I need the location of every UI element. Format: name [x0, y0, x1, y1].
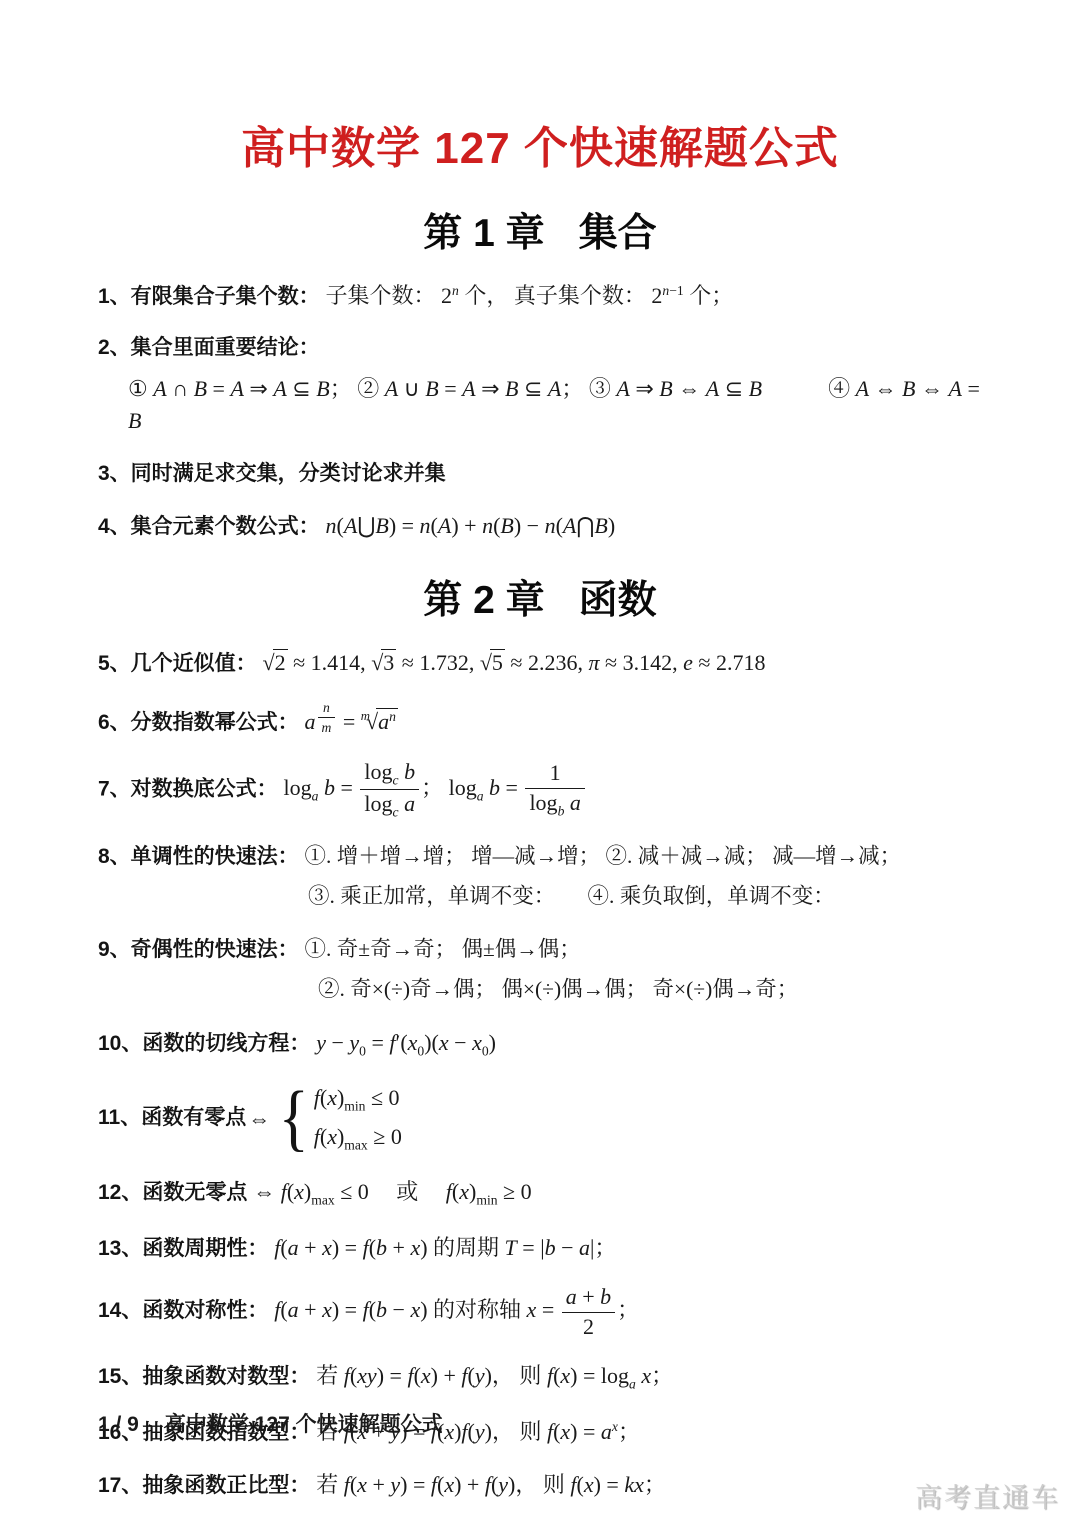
item-5-label: 5、几个近似值：: [98, 652, 257, 675]
item-11-label: 11、函数有零点: [98, 1103, 246, 1133]
item-7-formula: loga b = logc blogc a； loga b = 1logb a: [284, 775, 587, 800]
footer-title: 高中数学 127 个快速解题公式: [165, 1413, 443, 1436]
item-11-case-1: f(x)min ≤ 0: [314, 1082, 402, 1116]
item-10-formula: y − y0 = f′(x0)(x − x0): [316, 1030, 496, 1055]
item-12-label: 12、函数无零点: [98, 1181, 247, 1204]
item-9: 9、奇偶性的快速法： ①. 奇±奇→奇； 偶±偶→偶； ②. 奇×(÷)奇→偶；…: [98, 934, 982, 1006]
item-11-cases-rows: f(x)min ≤ 0 f(x)max ≥ 0: [314, 1082, 402, 1155]
item-8-label: 8、单调性的快速法：: [98, 845, 299, 868]
chapter-2-heading: 第 2 章函数: [98, 569, 982, 625]
item-8-rule-line-2: ③. 乘正加常，单调不变： ④. 乘负取倒，单调不变：: [308, 884, 835, 908]
item-5-formula: √2 ≈ 1.414, √3 ≈ 1.732, √5 ≈ 2.236, π ≈ …: [263, 649, 766, 675]
item-11: 11、函数有零点 ⇔ { f(x)min ≤ 0 f(x)max ≥ 0: [98, 1082, 982, 1155]
item-9-rule-line-2: ②. 奇×(÷)奇→偶； 偶×(÷)偶→偶； 奇×(÷)偶→奇；: [318, 977, 798, 1001]
document-page: 高中数学 127 个快速解题公式 第 1 章集合 1、有限集合子集个数： 子集个…: [0, 112, 1080, 1501]
item-15-formula: 若 f(xy) = f(x) + f(y)， 则 f(x) = loga x；: [316, 1363, 673, 1388]
item-4-formula: n(A⋃B) = n(A) + n(B) − n(A⋂B): [326, 513, 616, 538]
item-8: 8、单调性的快速法： ①. 增＋增→增； 增—减→增； ②. 减＋减→减； 减—…: [98, 841, 982, 913]
document-title: 高中数学 127 个快速解题公式: [98, 112, 982, 176]
item-15: 15、抽象函数对数型： 若 f(xy) = f(x) + f(y)， 则 f(x…: [98, 1360, 982, 1394]
item-17-formula: 若 f(x + y) = f(x) + f(y)， 则 f(x) = kx；: [316, 1472, 666, 1497]
item-11-cases: { f(x)min ≤ 0 f(x)max ≥ 0: [276, 1082, 402, 1155]
item-3-label: 3、同时满足求交集，分类讨论求并集: [98, 462, 446, 485]
item-12-formula: ⇔ f(x)max ≤ 0 或 f(x)min ≥ 0: [253, 1179, 531, 1204]
item-4-label: 4、集合元素个数公式：: [98, 515, 320, 538]
item-12: 12、函数无零点 ⇔ f(x)max ≤ 0 或 f(x)min ≥ 0: [98, 1176, 982, 1210]
item-13-label: 13、函数周期性：: [98, 1237, 268, 1260]
item-1: 1、有限集合子集个数： 子集个数： 2n 个， 真子集个数： 2n−1 个；: [98, 280, 982, 312]
item-10-label: 10、函数的切线方程：: [98, 1032, 310, 1055]
item-9-label: 9、奇偶性的快速法：: [98, 938, 299, 961]
chapter-2-title: 函数: [579, 579, 657, 622]
item-2-conclusions: ① A ∩ B = A ⇒ A ⊆ B； ② A ∪ B = A ⇒ B ⊆ A…: [128, 376, 980, 433]
item-14-formula: f(a + x) = f(b − x) 的对称轴 x = a + b2；: [274, 1297, 639, 1322]
item-17: 17、抽象函数正比型： 若 f(x + y) = f(x) + f(y)， 则 …: [98, 1469, 982, 1501]
item-13-formula: f(a + x) = f(b + x) 的周期 T = |b − a|；: [274, 1235, 616, 1260]
item-1-formula: 子集个数： 2n 个， 真子集个数： 2n−1 个；: [326, 283, 734, 308]
item-9-rule-line-1: ①. 奇±奇→奇； 偶±偶→偶；: [305, 937, 581, 961]
item-14: 14、函数对称性： f(a + x) = f(b − x) 的对称轴 x = a…: [98, 1285, 982, 1339]
left-brace: {: [279, 1089, 309, 1148]
item-10: 10、函数的切线方程： y − y0 = f′(x0)(x − x0): [98, 1027, 982, 1061]
item-4: 4、集合元素个数公式： n(A⋃B) = n(A) + n(B) − n(A⋂B…: [98, 510, 982, 542]
item-7: 7、对数换底公式： loga b = logc blogc a； loga b …: [98, 760, 982, 820]
item-7-label: 7、对数换底公式：: [98, 777, 278, 800]
item-2-label: 2、集合里面重要结论：: [98, 336, 320, 359]
page-footer: 1 / 9高中数学 127 个快速解题公式: [98, 1408, 443, 1438]
item-1-label: 1、有限集合子集个数：: [98, 285, 320, 308]
item-11-iff-arrow: ⇔: [248, 1103, 270, 1135]
item-3: 3、同时满足求交集，分类讨论求并集: [98, 459, 982, 489]
watermark: 高考直通车: [915, 1476, 1060, 1515]
chapter-1-title: 集合: [579, 212, 657, 255]
item-17-label: 17、抽象函数正比型：: [98, 1474, 310, 1497]
item-11-case-2: f(x)max ≥ 0: [314, 1121, 402, 1155]
item-13: 13、函数周期性： f(a + x) = f(b + x) 的周期 T = |b…: [98, 1232, 982, 1264]
page-number: 1 / 9: [98, 1413, 139, 1436]
item-2: 2、集合里面重要结论： ① A ∩ B = A ⇒ A ⊆ B； ② A ∪ B…: [98, 333, 982, 437]
item-6: 6、分数指数幂公式： anm = m√an: [98, 700, 982, 739]
item-6-formula: anm = m√an: [305, 709, 398, 734]
item-6-label: 6、分数指数幂公式：: [98, 711, 299, 734]
item-14-label: 14、函数对称性：: [98, 1299, 268, 1322]
item-5: 5、几个近似值： √2 ≈ 1.414, √3 ≈ 1.732, √5 ≈ 2.…: [98, 647, 982, 679]
item-8-rule-line-1: ①. 增＋增→增； 增—减→增； ②. 减＋减→减； 减—增→减；: [305, 844, 902, 868]
chapter-2-number: 第 2 章: [423, 579, 544, 622]
chapter-1-number: 第 1 章: [423, 212, 544, 255]
item-15-label: 15、抽象函数对数型：: [98, 1365, 310, 1388]
chapter-1-heading: 第 1 章集合: [98, 202, 982, 258]
